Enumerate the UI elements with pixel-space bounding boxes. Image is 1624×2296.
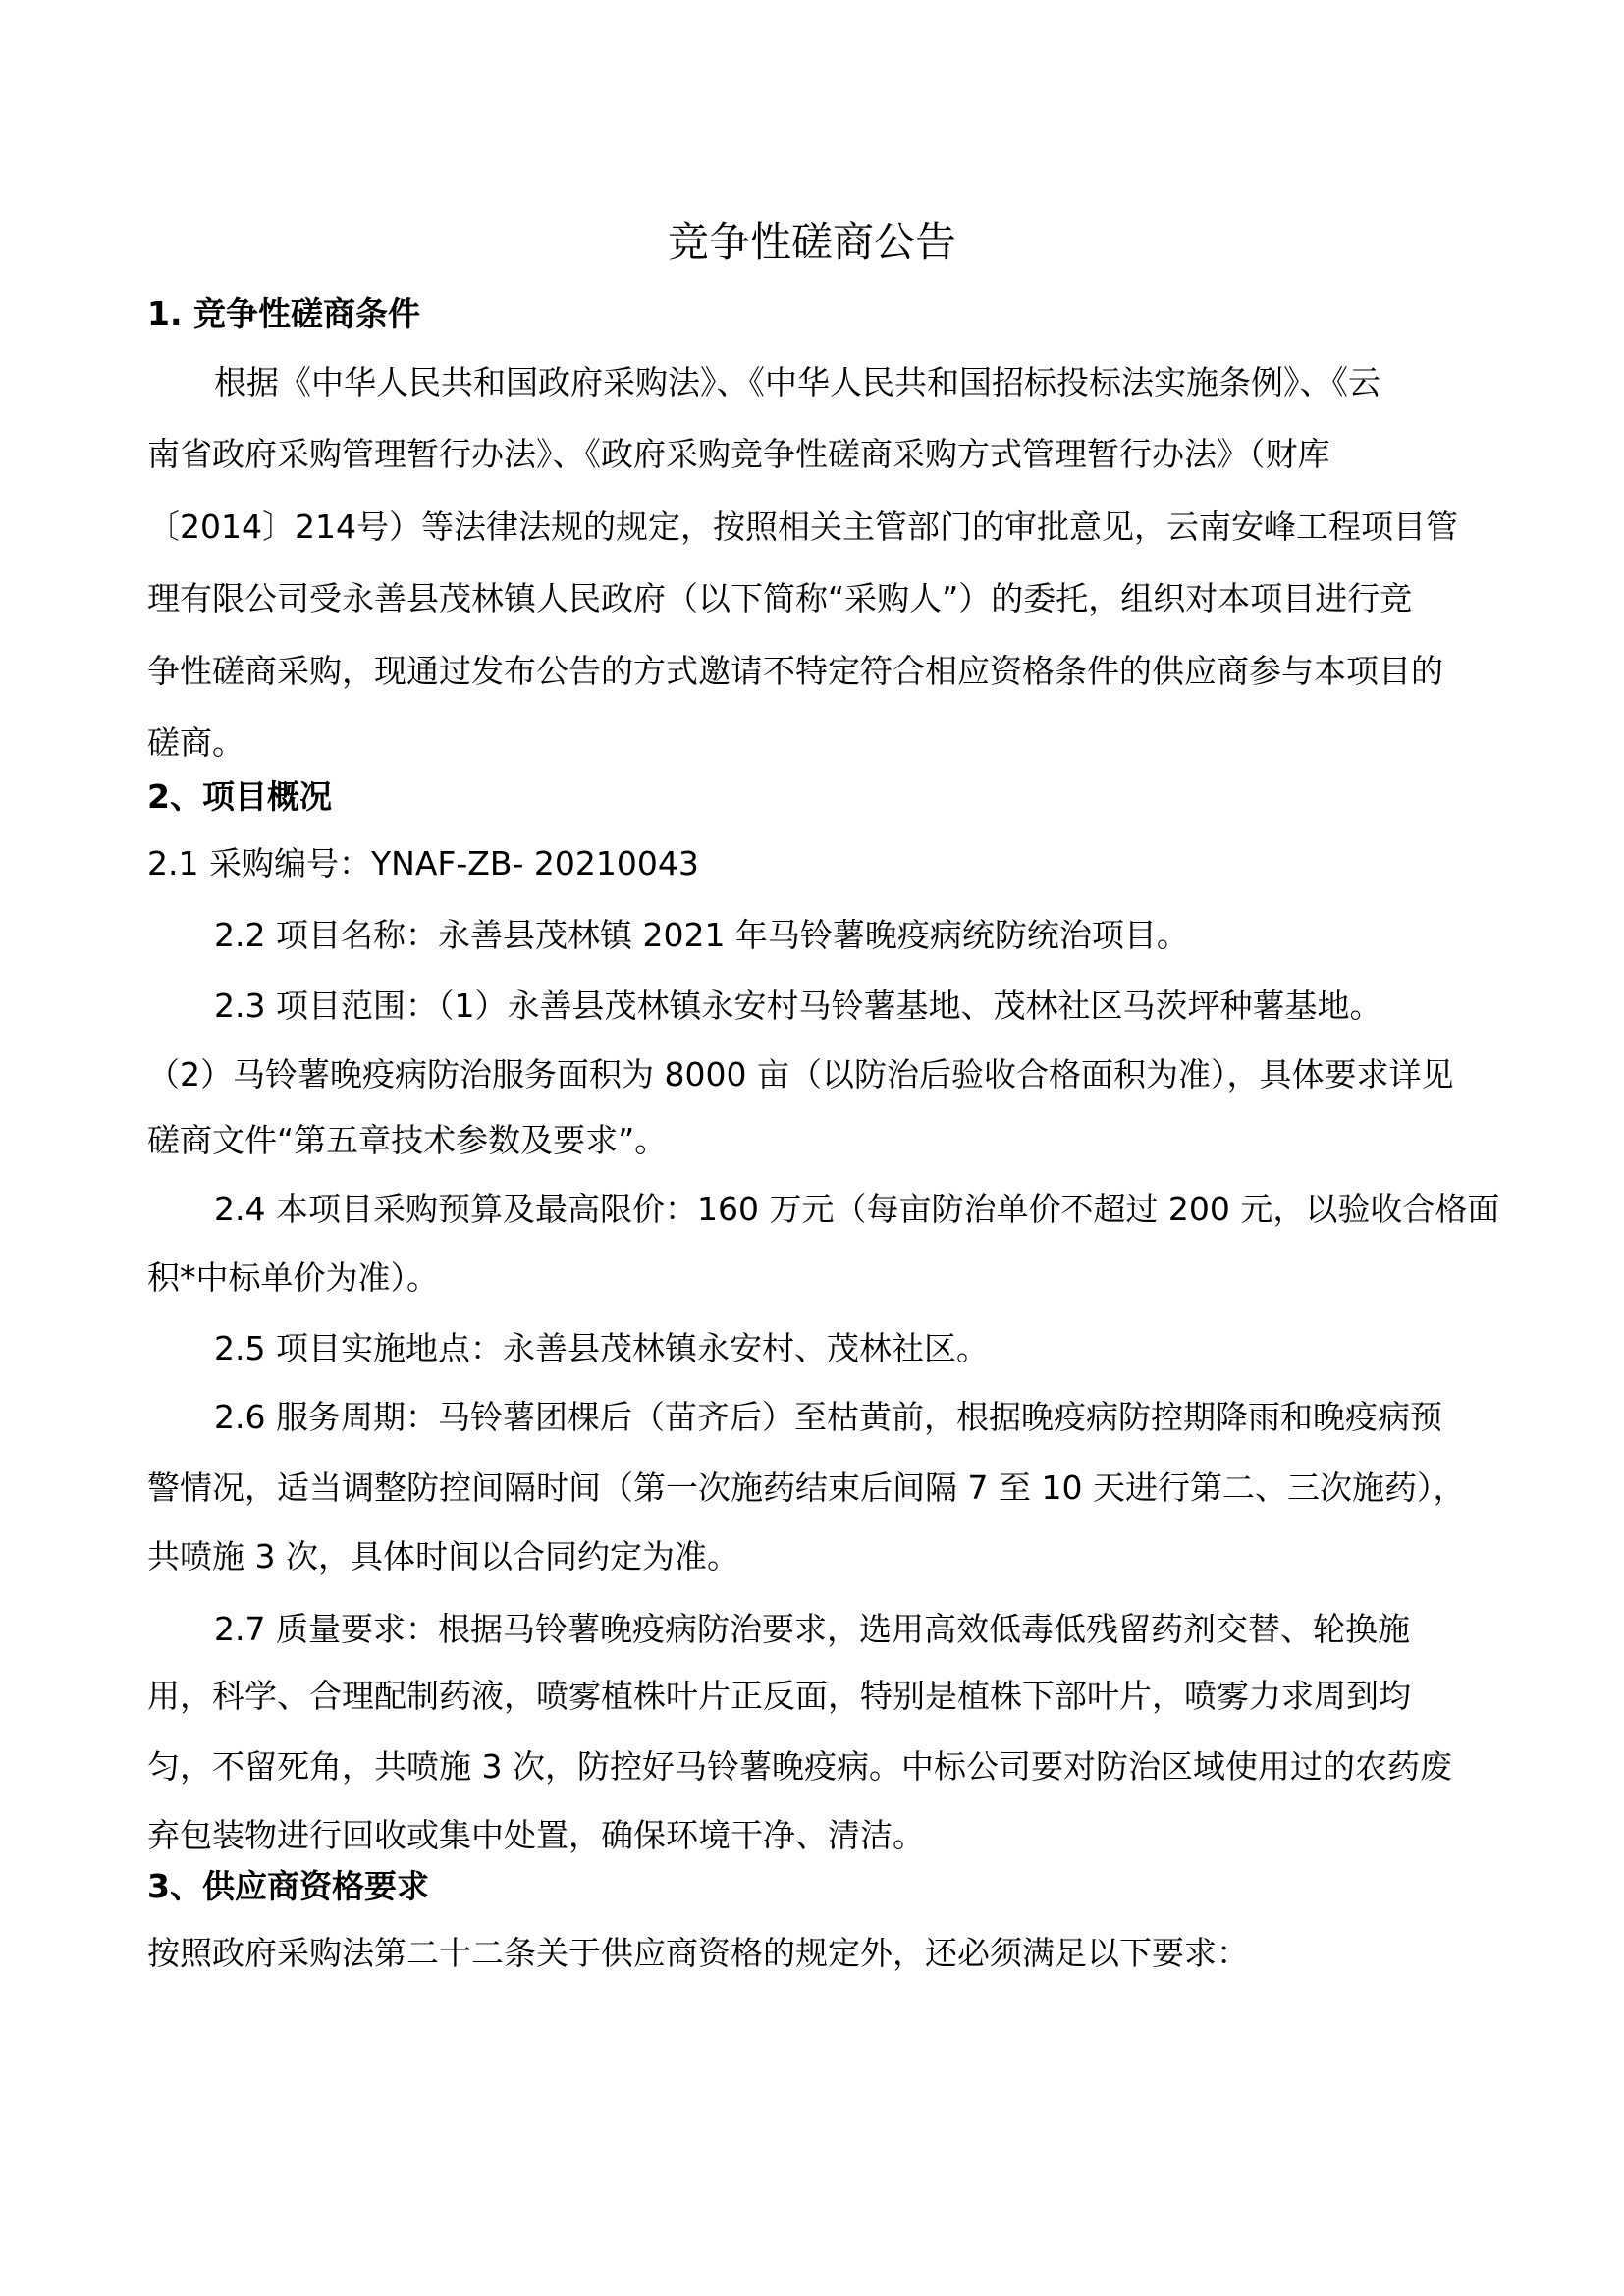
section-1-paragraph-line: 〔2014〕214号）等法律法规的规定，按照相关主管部门的审批意见，云南安峰工程…: [147, 507, 1458, 547]
item-2-6-service-period: 共喷施 3 次，具体时间以合同约定为准。: [147, 1537, 739, 1576]
document-title: 竞争性磋商公告: [0, 218, 1624, 267]
item-2-3-project-scope: 磋商文件“第五章技术参数及要求”。: [147, 1121, 667, 1160]
item-2-3-project-scope: （2）马铃薯晚疫病防治服务面积为 8000 亩（以防治后验收合格面积为准），具体…: [147, 1055, 1453, 1095]
item-2-4-budget: 2.4 本项目采购预算及最高限价：160 万元（每亩防治单价不超过 200 元，…: [214, 1190, 1499, 1229]
item-2-3-project-scope: 2.3 项目范围：（1）永善县茂林镇永安村马铃薯基地、茂林社区马茨坪种薯基地。: [214, 987, 1381, 1026]
section-2-heading: 2、项目概况: [147, 777, 332, 817]
item-2-7-quality: 弃包装物进行回收或集中处置，确保环境干净、清洁。: [147, 1816, 925, 1855]
document-page: 竞争性磋商公告 1. 竞争性磋商条件 根据《中华人民共和国政府采购法》、《中华人…: [0, 0, 1624, 2296]
section-1-paragraph-line: 南省政府采购管理暂行办法》、《政府采购竞争性磋商采购方式管理暂行办法》（财库: [147, 435, 1330, 474]
item-2-6-service-period: 2.6 服务周期：马铃薯团棵后（苗齐后）至枯黄前，根据晚疫病防控期降雨和晚疫病预: [214, 1398, 1442, 1437]
item-2-7-quality: 匀，不留死角，共喷施 3 次，防控好马铃薯晚疫病。中标公司要对防治区域使用过的农…: [147, 1747, 1452, 1787]
item-2-1-procurement-number: 2.1 采购编号：YNAF-ZB- 20210043: [147, 844, 699, 883]
item-2-6-service-period: 警情况，适当调整防控间隔时间（第一次施药结束后间隔 7 至 10 天进行第二、三…: [147, 1468, 1465, 1508]
item-2-2-project-name: 2.2 项目名称：永善县茂林镇 2021 年马铃薯晚疫病统防统治项目。: [214, 916, 1189, 955]
section-3-paragraph-line: 按照政府采购法第二十二条关于供应商资格的规定外，还必须满足以下要求：: [147, 1934, 1249, 1973]
item-2-7-quality: 2.7 质量要求：根据马铃薯晚疫病防治要求，选用高效低毒低残留药剂交替、轮换施: [214, 1610, 1410, 1649]
section-3-heading: 3、供应商资格要求: [147, 1867, 429, 1906]
item-2-5-location: 2.5 项目实施地点：永善县茂林镇永安村、茂林社区。: [214, 1329, 989, 1368]
item-2-7-quality: 用，科学、合理配制药液，喷雾植株叶片正反面，特别是植株下部叶片，喷雾力求周到均: [147, 1677, 1411, 1716]
section-1-paragraph-line: 磋商。: [147, 723, 244, 763]
section-1-heading: 1. 竞争性磋商条件: [147, 294, 420, 334]
section-1-paragraph-line: 根据《中华人民共和国政府采购法》、《中华人民共和国招标投标法实施条例》、《云: [214, 363, 1380, 402]
item-2-4-budget: 积*中标单价为准）。: [147, 1258, 439, 1298]
section-1-paragraph-line: 理有限公司受永善县茂林镇人民政府（以下简称“采购人”）的委托，组织对本项目进行竞: [147, 579, 1412, 618]
section-1-paragraph-line: 争性磋商采购，现通过发布公告的方式邀请不特定符合相应资格条件的供应商参与本项目的: [147, 652, 1443, 691]
